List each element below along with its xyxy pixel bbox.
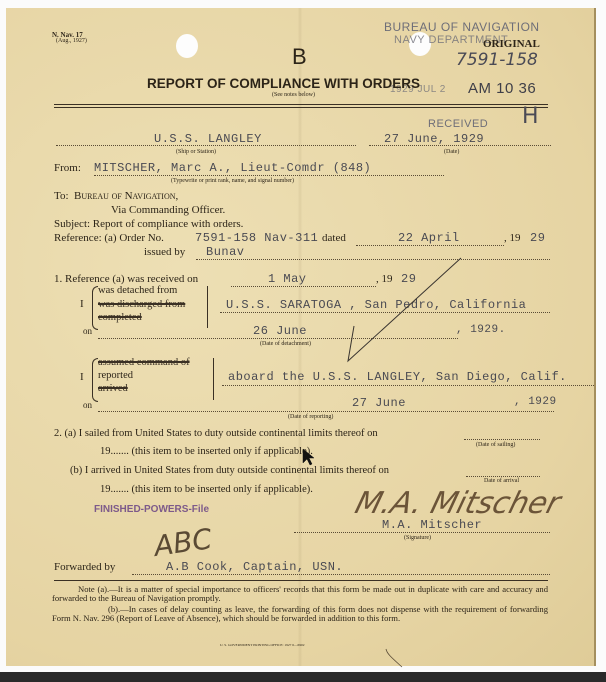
ship-label: (Ship or Station) xyxy=(176,149,216,155)
detach-brace-right xyxy=(207,286,208,328)
item1-pronoun-2: I xyxy=(80,371,84,383)
dated-line xyxy=(356,245,504,246)
report-year: , 1929 xyxy=(514,396,557,408)
file-stamp: FINISHED-POWERS-File xyxy=(94,504,209,515)
mouse-cursor-icon xyxy=(302,448,316,466)
item2a-text: 2. (a) I sailed from United States to du… xyxy=(54,428,378,439)
typed-signature: M.A. Mitscher xyxy=(382,518,482,532)
item2a-line2: 19....... (this item to be inserted only… xyxy=(100,446,313,457)
from-line xyxy=(94,175,444,176)
item1-pronoun: I xyxy=(80,298,84,310)
detach-option-completed: completed xyxy=(98,312,142,323)
signature-label: (Signature) xyxy=(404,535,431,541)
note-a: Note (a).—It is a matter of special impo… xyxy=(52,585,548,604)
from-value: MITSCHER, Marc A., Lieut-Comdr (848) xyxy=(94,161,371,175)
ship-value: U.S.S. LANGLEY xyxy=(154,132,262,146)
report-date-line xyxy=(98,411,554,412)
report-brace-right xyxy=(213,358,214,400)
order-number: 7591-158 Nav-311 xyxy=(195,231,318,245)
report-place: aboard the U.S.S. LANGLEY, San Diego, Ca… xyxy=(228,370,567,384)
note-b: (b).—In cases of delay counting as leave… xyxy=(52,605,548,624)
report-option-assumed: assumed command of xyxy=(98,357,190,368)
to-label: To: xyxy=(54,190,69,202)
item1-received-value: 1 May xyxy=(268,272,307,286)
item2a-date-line xyxy=(464,439,540,440)
subject-text: Subject: Report of compliance with order… xyxy=(54,218,243,230)
title-rule-2 xyxy=(54,107,548,108)
from-hint: (Typewrite or print rank, name, and sign… xyxy=(171,178,294,184)
item2b-line2: 19....... (this item to be inserted only… xyxy=(100,484,313,495)
item2b-date-line xyxy=(466,476,540,477)
dated-year: 29 xyxy=(530,231,545,245)
issued-label: issued by xyxy=(144,246,185,258)
to-value: Bureau of Navigation, xyxy=(74,190,178,202)
issued-value: Bunav xyxy=(206,245,245,259)
bureau-stamp-line1: BUREAU OF NAVIGATION xyxy=(384,20,540,34)
dated-value: 22 April xyxy=(398,231,460,245)
detach-date: 26 June xyxy=(253,324,307,338)
report-option-arrived: arrived xyxy=(98,383,128,394)
punch-hole-left xyxy=(176,34,198,58)
printer-line: U. S. GOVERNMENT PRINTING OFFICE: 1927 6… xyxy=(220,643,305,647)
report-date-label: (Date of reporting) xyxy=(288,414,333,420)
item1-received-label: 1. Reference (a) was received on xyxy=(54,273,198,285)
date-label: (Date) xyxy=(444,149,459,155)
report-date: 27 June xyxy=(352,396,406,410)
forwarded-label: Forwarded by xyxy=(54,561,115,573)
detach-option-discharged: was discharged from xyxy=(98,299,185,310)
title-rule xyxy=(54,104,548,105)
form-letter: B xyxy=(292,44,307,70)
handwritten-file-number: 7591-158 xyxy=(456,50,538,70)
handwritten-signature: M.A. Mitscher xyxy=(351,486,564,521)
dated-label: dated xyxy=(322,232,346,244)
detach-date-label: (Date of detachment) xyxy=(260,341,311,347)
received-time-stamp: AM 10 36 xyxy=(468,80,536,97)
notes-rule xyxy=(54,580,548,581)
signature-line xyxy=(294,532,550,533)
item2b-text: (b) I arrived in United States from duty… xyxy=(70,465,389,476)
handwritten-mark: H xyxy=(522,104,539,129)
form-date: (Aug., 1927) xyxy=(56,38,87,44)
detach-on-label: on xyxy=(83,326,92,336)
handwritten-initials: ABC xyxy=(152,522,214,563)
from-label: From: xyxy=(54,162,81,174)
forwarded-value: A.B Cook, Captain, USN. xyxy=(166,560,343,574)
scratch-mark xyxy=(384,648,404,668)
original-label: ORIGINAL xyxy=(483,38,540,50)
page-title: REPORT OF COMPLIANCE WITH ORDERS xyxy=(147,76,420,91)
item2b-date-label: Date of arrival xyxy=(484,478,519,484)
document-page: N. Nav. 17 (Aug., 1927) B BUREAU OF NAVI… xyxy=(6,8,596,666)
reference-label: Reference: (a) Order No. xyxy=(54,232,164,244)
received-stamp: RECEIVED xyxy=(428,118,488,130)
dated-year-prefix: , 19 xyxy=(504,232,521,244)
date-value: 27 June, 1929 xyxy=(384,132,484,146)
report-place-line xyxy=(222,385,594,386)
report-option-reported: reported xyxy=(98,370,133,381)
forwarded-line xyxy=(132,574,550,575)
page-subtitle: (See notes below) xyxy=(272,92,315,98)
detach-option-detached: was detached from xyxy=(98,285,177,296)
report-on-label: on xyxy=(83,400,92,410)
check-mark-icon xyxy=(336,256,466,366)
to-via: Via Commanding Officer. xyxy=(111,204,225,216)
item2a-date-label: (Date of sailing) xyxy=(476,442,515,448)
